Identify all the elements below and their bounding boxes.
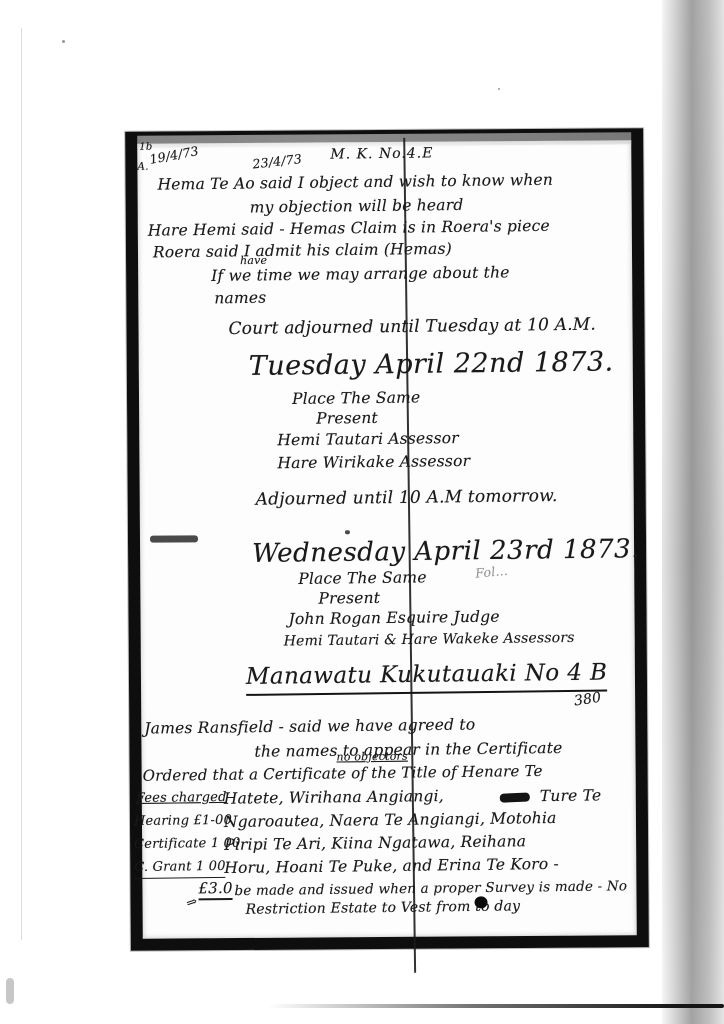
book-spine-shadow bbox=[662, 0, 724, 1024]
tuesday-adjourned: Adjourned until 10 A.M tomorrow. bbox=[256, 486, 558, 510]
scan-speck bbox=[62, 40, 65, 43]
ink-smudge bbox=[345, 530, 350, 534]
grantee-names-3: Piripi Te Ari, Kiina Ngatawa, Reihana bbox=[224, 831, 526, 855]
entry-ransfield-2: the names to appear in the Certificate bbox=[254, 738, 562, 762]
wednesday-judge: John Rogan Esquire Judge bbox=[288, 607, 499, 630]
page-left-edge-line bbox=[21, 28, 22, 940]
heading-tuesday: Tuesday April 22nd 1873. bbox=[249, 345, 614, 383]
grantee-names-2: Ngaroautea, Naera Te Angiangi, Motohia bbox=[224, 808, 557, 832]
grantee-names-4: Horu, Hoani Te Puke, and Erina Te Koro - bbox=[224, 854, 559, 878]
inserted-no-objectors: no objectors bbox=[336, 749, 407, 765]
entry-court-adjourned: Court adjourned until Tuesday at 10 A.M. bbox=[228, 315, 596, 339]
scanned-document-view: { "colors": { "ink": "#1a1a1a", "paper":… bbox=[0, 0, 724, 1024]
wednesday-place: Place The Same bbox=[298, 567, 427, 589]
entry-names: names bbox=[214, 288, 266, 309]
scan-smudge bbox=[6, 978, 14, 1004]
folio-note: Fol... bbox=[475, 563, 509, 581]
entry-hema-te-ao: Hema Te Ao said I object and wish to kno… bbox=[157, 170, 553, 195]
page-bottom-edge-shadow bbox=[268, 1004, 724, 1008]
ref-mark: A. bbox=[137, 160, 149, 175]
heading-wednesday: Wednesday April 23rd 1873. bbox=[252, 532, 640, 571]
tuesday-place: Place The Same bbox=[292, 387, 421, 409]
folio-page-number: 380 bbox=[573, 691, 602, 710]
tuesday-assessor-1: Hemi Tautari Assessor bbox=[277, 428, 459, 450]
wednesday-present: Present bbox=[318, 588, 380, 609]
entry-hare-hemi: Hare Hemi said - Hemas Claim is in Roera… bbox=[148, 216, 550, 241]
minute-book-page: 1b A. 19/4/73 23/4/73 M. K. No.4.E Hema … bbox=[137, 140, 637, 938]
struck-out-word bbox=[500, 792, 530, 802]
grantee-names-1b: Ture Te bbox=[540, 785, 602, 806]
fees-hearing: Hearing £1-00 bbox=[134, 811, 232, 832]
grantee-names-1-text: Hatete, Wirihana Angiangi, bbox=[224, 787, 444, 808]
entry-order-1: Ordered that a Certificate of the Title … bbox=[143, 761, 543, 786]
entry-objection: my objection will be heard bbox=[250, 195, 464, 218]
date-annotation-second: 23/4/73 bbox=[252, 151, 303, 171]
arrow-mark-icon: ⇒ bbox=[184, 894, 199, 912]
fees-label: Fees charged bbox=[136, 788, 227, 809]
ink-blot bbox=[474, 896, 487, 908]
fees-total: £3.0 bbox=[198, 878, 232, 900]
scan-speck bbox=[498, 88, 500, 90]
heading-manawatu-kukutauaki: Manawatu Kukutauaki No 4 B bbox=[246, 658, 608, 696]
fees-crown-grant: C. Grant 1 00 bbox=[134, 857, 226, 879]
entry-arrange: If we time we may arrange about the bbox=[211, 262, 510, 286]
tuesday-present: Present bbox=[316, 408, 378, 429]
book-reference: M. K. No.4.E bbox=[330, 143, 433, 164]
tuesday-assessor-2: Hare Wirikake Assessor bbox=[277, 451, 470, 473]
grantee-names-1: Hatete, Wirihana Angiangi, bbox=[224, 786, 444, 809]
wednesday-assessors: Hemi Tautari & Hare Wakeke Assessors bbox=[284, 628, 575, 652]
entry-roera: Roera said I admit his claim (Hemas) bbox=[153, 239, 452, 263]
ink-smudge bbox=[150, 535, 198, 542]
minute-book-page-frame: 1b A. 19/4/73 23/4/73 M. K. No.4.E Hema … bbox=[125, 128, 649, 951]
entry-ransfield-1: James Ransfield - said we have agreed to bbox=[144, 715, 475, 739]
